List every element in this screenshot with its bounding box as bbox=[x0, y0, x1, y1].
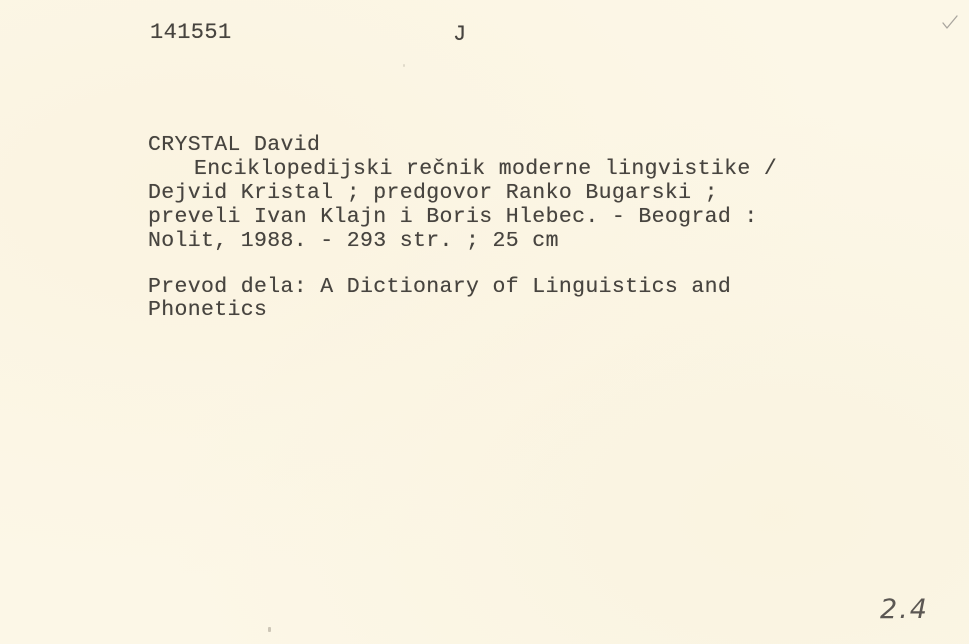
catalog-card: 141551 J CRYSTAL David Enciklopedijski r… bbox=[0, 0, 969, 644]
checkmark-icon bbox=[940, 12, 960, 32]
publication-line: Nolit, 1988. - 293 str. ; 25 cm bbox=[148, 229, 777, 253]
note-line: Phonetics bbox=[148, 299, 731, 322]
handwritten-classification: 2.4 bbox=[880, 594, 929, 625]
shelf-letter: J bbox=[453, 24, 467, 46]
responsibility-line: Dejvid Kristal ; predgovor Ranko Bugarsk… bbox=[148, 181, 777, 205]
accession-number: 141551 bbox=[150, 22, 232, 44]
translators-line: preveli Ivan Klajn i Boris Hlebec. - Beo… bbox=[148, 205, 777, 229]
paper-speck bbox=[403, 64, 405, 67]
paper-speck bbox=[268, 627, 271, 632]
translation-note: Prevod dela: A Dictionary of Linguistics… bbox=[148, 276, 731, 322]
title-line: Enciklopedijski rečnik moderne lingvisti… bbox=[148, 157, 777, 181]
bibliographic-entry: CRYSTAL David Enciklopedijski rečnik mod… bbox=[148, 133, 777, 253]
author-heading: CRYSTAL David bbox=[148, 133, 777, 157]
note-line: Prevod dela: A Dictionary of Linguistics… bbox=[148, 276, 731, 299]
